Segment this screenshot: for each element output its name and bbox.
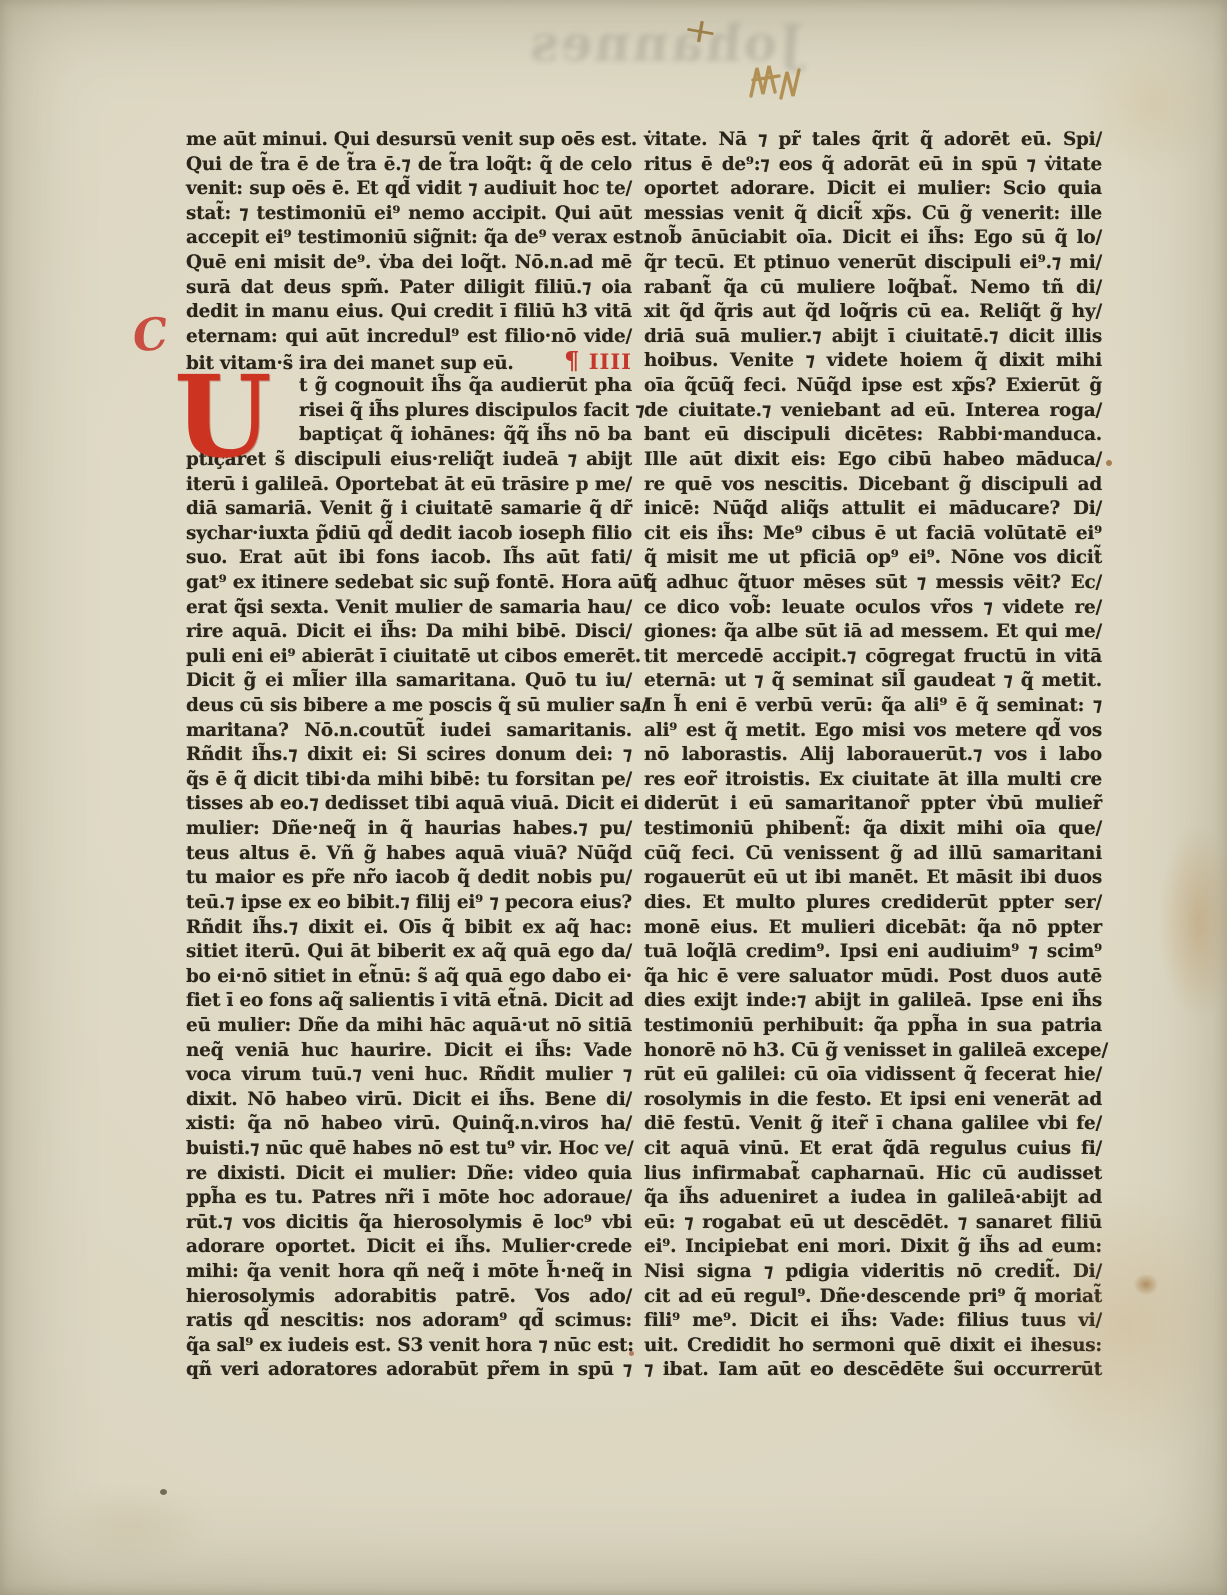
- text-line: nob̃ ānūciabit oīa. Dicit ei ih̃s: Ego s…: [644, 226, 1102, 251]
- text-line: diderūt i eū samaritanor̃ ppter v̇bū mul…: [644, 792, 1102, 817]
- paraph-icon: ¶: [564, 346, 580, 375]
- text-line: risei q̃ ih̃s plures discipulos facit ⁊: [299, 399, 632, 424]
- text-line: Qui de t̃ra ē de t̃ra ē.⁊ de t̃ra loq̃t:…: [186, 153, 632, 178]
- text-line: neq̃ veniā huc haurire. Dicit ei ih̃s: V…: [186, 1039, 632, 1064]
- text-line: re quē vos nescitis. Dicebant g̃ discipu…: [644, 473, 1102, 498]
- text-line: eū mulier: Dñe da mihi hāc aquā·ut nō si…: [186, 1014, 632, 1039]
- text-line: lius infirmabat̃ capharnaū. Hic cū audis…: [644, 1162, 1102, 1187]
- text-line: In h̃ eni ē verbū verū: q̃a ali⁹ ē q̃ se…: [644, 694, 1102, 719]
- text-line: sychar·iuxta p̃diū qd̃ dedit iacob iosep…: [186, 522, 632, 547]
- text-line: buisti.⁊ nūc quē habes nō est tu⁹ vir. H…: [186, 1137, 632, 1162]
- text-line: baptiçat q̃ iohānes: q̃q̃ ih̃s nō ba: [299, 423, 632, 448]
- text-line: surā dat deus spm̃. Pater diligit filiū.…: [186, 276, 632, 301]
- text-line: dedit in manu eius. Qui credit ī filiū h…: [186, 300, 632, 325]
- text-line: messias venit q̃ dicit̃ xp̃s. Cū g̃ vene…: [644, 202, 1102, 227]
- text-line: accepit ei⁹ testimoniū sig̃nit: q̃a de⁹ …: [186, 226, 632, 251]
- text-line: giones: q̃a albe sūt iā ad messem. Et qu…: [644, 620, 1102, 645]
- text-line: Nisi signa ⁊ pdigia videritis nō credit̃…: [644, 1260, 1102, 1285]
- ink-cross-mark: +: [680, 8, 721, 53]
- right-lines: v̇itate. Nā ⁊ pr̃ tales q̃rit q̃ adorēt …: [644, 128, 1102, 1383]
- left-lines-rest: ptiçaret s̃ discipuli eius·reliq̃t iudeā…: [186, 448, 632, 1383]
- text-line: ali⁹ est q̃ metit. Ego misi vos metere q…: [644, 719, 1102, 744]
- text-line: hierosolymis adorabitis patrē. Vos ado/: [186, 1285, 632, 1310]
- text-line: ritus ē de⁹:⁊ eos q̃ adorāt eū in spū ⁊ …: [644, 153, 1102, 178]
- text-line: voca virum tuū.⁊ veni huc. Rñdit mulier …: [186, 1063, 632, 1088]
- text-line: erat q̃si sexta. Venit mulier de samaria…: [186, 596, 632, 621]
- text-line: Quē eni misit de⁹. v̇ba dei loq̃t. Nō.n.…: [186, 251, 632, 276]
- text-line: re dixisti. Dicit ei mulier: Dñe: video …: [186, 1162, 632, 1187]
- text-line: q̃s ē q̃ dicit tibi·da mihi bibē: tu for…: [186, 768, 632, 793]
- text-line: cit eis ih̃s: Me⁹ cibus ē ut faciā volūt…: [644, 522, 1102, 547]
- text-line: tuā loq̃lā credim⁹. Ipsi eni audiuim⁹ ⁊ …: [644, 940, 1102, 965]
- text-line: xit q̃d q̃ris aut q̃d loq̃ris cū ea. Rel…: [644, 300, 1102, 325]
- ink-speck: [1106, 460, 1112, 466]
- text-line: gat⁹ ex itinere sedebat sic sup̃ fontē. …: [186, 571, 632, 596]
- text-line: q̃ adhuc q̃tuor mēses sūt ⁊ messis vēit?…: [644, 571, 1102, 596]
- text-line: ⁊ ibat. Iam aūt eo descēdēte s̃ui occurr…: [644, 1358, 1102, 1383]
- text-line: fili⁹ me⁹. Dicit ei ih̃s: Vade: filius t…: [644, 1309, 1102, 1334]
- text-line: driā suā mulier.⁊ abijt ī ciuitatē.⁊ dic…: [644, 325, 1102, 350]
- text-line: q̃a hic ē vere saluator mūdi. Post duos …: [644, 965, 1102, 990]
- text-line: monē eius. Et mulieri dicebāt: q̃a nō pp…: [644, 916, 1102, 941]
- left-lines-top: me aūt minui. Qui desursū venit sup oēs …: [186, 128, 632, 349]
- text-line: bo ei·nō sitiet in et̃nū: s̃ aq̃ quā ego…: [186, 965, 632, 990]
- text-line: suo. Erat aūt ibi fons iacob. Ih̃s aūt f…: [186, 546, 632, 571]
- text-line: q̃r tecū. Et ptinuo venerūt discipuli ei…: [644, 251, 1102, 276]
- text-line: tit mercedē accipit.⁊ cōgregat fructū in…: [644, 645, 1102, 670]
- text-line: diē festū. Venit g̃ iter̃ ī chana galile…: [644, 1112, 1102, 1137]
- text-line: Ille aūt dixit eis: Ego cibū habeo māduc…: [644, 448, 1102, 473]
- text-line: q̃a ih̃s adueniret a iudea in galileā·ab…: [644, 1186, 1102, 1211]
- foxing-stain: [1158, 822, 1227, 1022]
- text-line: de ciuitate.⁊ veniebant ad eū. Interea r…: [644, 399, 1102, 424]
- text-line: Rñdit ih̃s.⁊ dixit ei: Si scires donum d…: [186, 743, 632, 768]
- text-line: teū.⁊ ipse ex eo bibit.⁊ filij ei⁹ ⁊ pec…: [186, 891, 632, 916]
- text-line: ce dico vob̃: leuate oculos vr̃os ⁊ vide…: [644, 596, 1102, 621]
- text-line: rire aquā. Dicit ei ih̃s: Da mihi bibē. …: [186, 620, 632, 645]
- text-line: rosolymis in die festo. Et ipsi eni vene…: [644, 1088, 1102, 1113]
- text-line: tu maior es pr̃e nr̃o iacob q̃ dedit nob…: [186, 866, 632, 891]
- text-line: rūt eū galilei: cū oīa vidissent q̃ fece…: [644, 1063, 1102, 1088]
- chapter-drop-initial: U: [174, 366, 272, 469]
- text-line: honorē nō h3. Cū g̃ venisset in galileā …: [644, 1039, 1102, 1064]
- text-line: q̃a sal⁹ ex iudeis est. S3 venit hora ⁊ …: [186, 1334, 632, 1359]
- text-line: fiet ī eo fons aq̃ salientis ī vitā et̃n…: [186, 989, 632, 1014]
- text-line: adorare oportet. Dicit ei ih̃s. Mulier·c…: [186, 1235, 632, 1260]
- text-line: v̇itate. Nā ⁊ pr̃ tales q̃rit q̃ adorēt …: [644, 128, 1102, 153]
- text-line: q̃ misit me ut pficiā op⁹ ei⁹. Nōne vos …: [644, 546, 1102, 571]
- foxing-stain: [40, 1480, 220, 1570]
- text-line: cit ad eū regul⁹. Dñe·descende pri⁹ q̃ m…: [644, 1285, 1102, 1310]
- text-line: deus cū sis bibere a me poscis q̃ sū mul…: [186, 694, 632, 719]
- text-line: inicē: Nūq̃d aliq̃s attulit ei māducare?…: [644, 497, 1102, 522]
- text-line: cit aquā vinū. Et erat q̃dā regulus cuiu…: [644, 1137, 1102, 1162]
- chapter-number: IIII: [589, 349, 632, 374]
- chapter-initial-block: U t g̃ cognouit ih̃s q̃a audierūt pharis…: [186, 374, 632, 448]
- text-line: qñ veri adoratores adorabūt pr̃em in spū…: [186, 1358, 632, 1383]
- text-line: rabant̃ q̃a cū muliere loq̃bat̃. Nemo tñ…: [644, 276, 1102, 301]
- text-line: cūq̃ feci. Cū venissent g̃ ad illū samar…: [644, 842, 1102, 867]
- text-line: hoibus. Venite ⁊ videte hoiem q̃ dixit m…: [644, 349, 1102, 374]
- text-line: ei⁹. Incipiebat eni mori. Dixit g̃ ih̃s …: [644, 1235, 1102, 1260]
- text-line: eū: ⁊ rogabat eū ut descēdēt. ⁊ sanaret …: [644, 1211, 1102, 1236]
- text-line: xisti: q̃a nō habeo virū. Quinq̃.n.viros…: [186, 1112, 632, 1137]
- text-line: sitiet iterū. Qui āt biberit ex aq̃ quā …: [186, 940, 632, 965]
- text-block: me aūt minui. Qui desursū venit sup oēs …: [186, 128, 1102, 1383]
- text-line: tisses ab eo.⁊ dedisset tibi aquā viuā. …: [186, 792, 632, 817]
- text-line: bant eū discipuli dicētes: Rabbi·manduca…: [644, 423, 1102, 448]
- chapter-number-marker: ¶ IIII: [564, 349, 632, 375]
- text-line: venit: sup oēs ē. Et qd̃ vidit ⁊ audiuit…: [186, 177, 632, 202]
- text-line: t g̃ cognouit ih̃s q̃a audierūt pha: [299, 374, 632, 399]
- text-line: dies. Et multo plures crediderūt ppter s…: [644, 891, 1102, 916]
- ink-scribble-mark: [745, 58, 805, 112]
- foxing-stain: [1134, 1274, 1158, 1295]
- text-line: oīa q̃cūq̃ feci. Nūq̃d ipse est xp̃s? Ex…: [644, 374, 1102, 399]
- text-line: rūt.⁊ vos dicitis q̃a hierosolymis ē loc…: [186, 1211, 632, 1236]
- text-line: mulier: Dñe·neq̃ in q̃ haurias habes.⁊ p…: [186, 817, 632, 842]
- incunable-page: Johannes + C me aūt minui. Qui desursū v…: [0, 0, 1227, 1595]
- text-line: dixit. Nō habeo virū. Dicit ei ih̃s. Ben…: [186, 1088, 632, 1113]
- text-line: me aūt minui. Qui desursū venit sup oēs …: [186, 128, 632, 153]
- text-line: eternā: ut ⁊ q̃ seminat sil̃ gaudeat ⁊ q…: [644, 669, 1102, 694]
- text-line: Dicit g̃ ei ml̃ier illa samaritana. Quō …: [186, 669, 632, 694]
- right-text-column: v̇itate. Nā ⁊ pr̃ tales q̃rit q̃ adorēt …: [644, 128, 1102, 1383]
- left-text-column: me aūt minui. Qui desursū venit sup oēs …: [186, 128, 632, 1383]
- text-line: testimoniū phibent̃: q̃a dixit mihi oīa …: [644, 817, 1102, 842]
- text-line: maritana? Nō.n.coutūt̃ iudei samaritanis…: [186, 719, 632, 744]
- text-line: rogauerūt eū ut ibi manēt. Et māsit ibi …: [644, 866, 1102, 891]
- text-line: oportet adorare. Dicit ei mulier: Scio q…: [644, 177, 1102, 202]
- text-line: dies exijt inde:⁊ abijt in galileā. Ipse…: [644, 989, 1102, 1014]
- ink-speck: [160, 1489, 167, 1495]
- text-line: ratis qd̃ nescitis: nos adoram⁹ qd̃ scim…: [186, 1309, 632, 1334]
- text-line: res eor̃ itroistis. Ex ciuitate āt illa …: [644, 768, 1102, 793]
- text-line: testimoniū perhibuit: q̃a pph̃a in sua p…: [644, 1014, 1102, 1039]
- text-line: puli eni ei⁹ abierāt ī ciuitatē ut cibos…: [186, 645, 632, 670]
- text-line: nō laborastis. Alij laborauerūt.⁊ vos i …: [644, 743, 1102, 768]
- text-line: teus altus ē. Vñ g̃ habes aquā viuā? Nūq…: [186, 842, 632, 867]
- text-line: Rñdit ih̃s.⁊ dixit ei. Oīs q̃ bibit ex a…: [186, 916, 632, 941]
- text-line: stat̃: ⁊ testimoniū ei⁹ nemo accipit. Qu…: [186, 202, 632, 227]
- text-line: uit. Credidit ho sermoni quē dixit ei ih…: [644, 1334, 1102, 1359]
- text-line: mihi: q̃a venit hora qñ neq̃ i mōte h̃·n…: [186, 1260, 632, 1285]
- text-line: pph̃a es tu. Patres nr̃i ī mōte hoc ador…: [186, 1186, 632, 1211]
- margin-paraph-mark: C: [131, 312, 170, 359]
- indented-lines: t g̃ cognouit ih̃s q̃a audierūt pharisei…: [299, 374, 632, 448]
- text-line: diā samariā. Venit g̃ i ciuitatē samarie…: [186, 497, 632, 522]
